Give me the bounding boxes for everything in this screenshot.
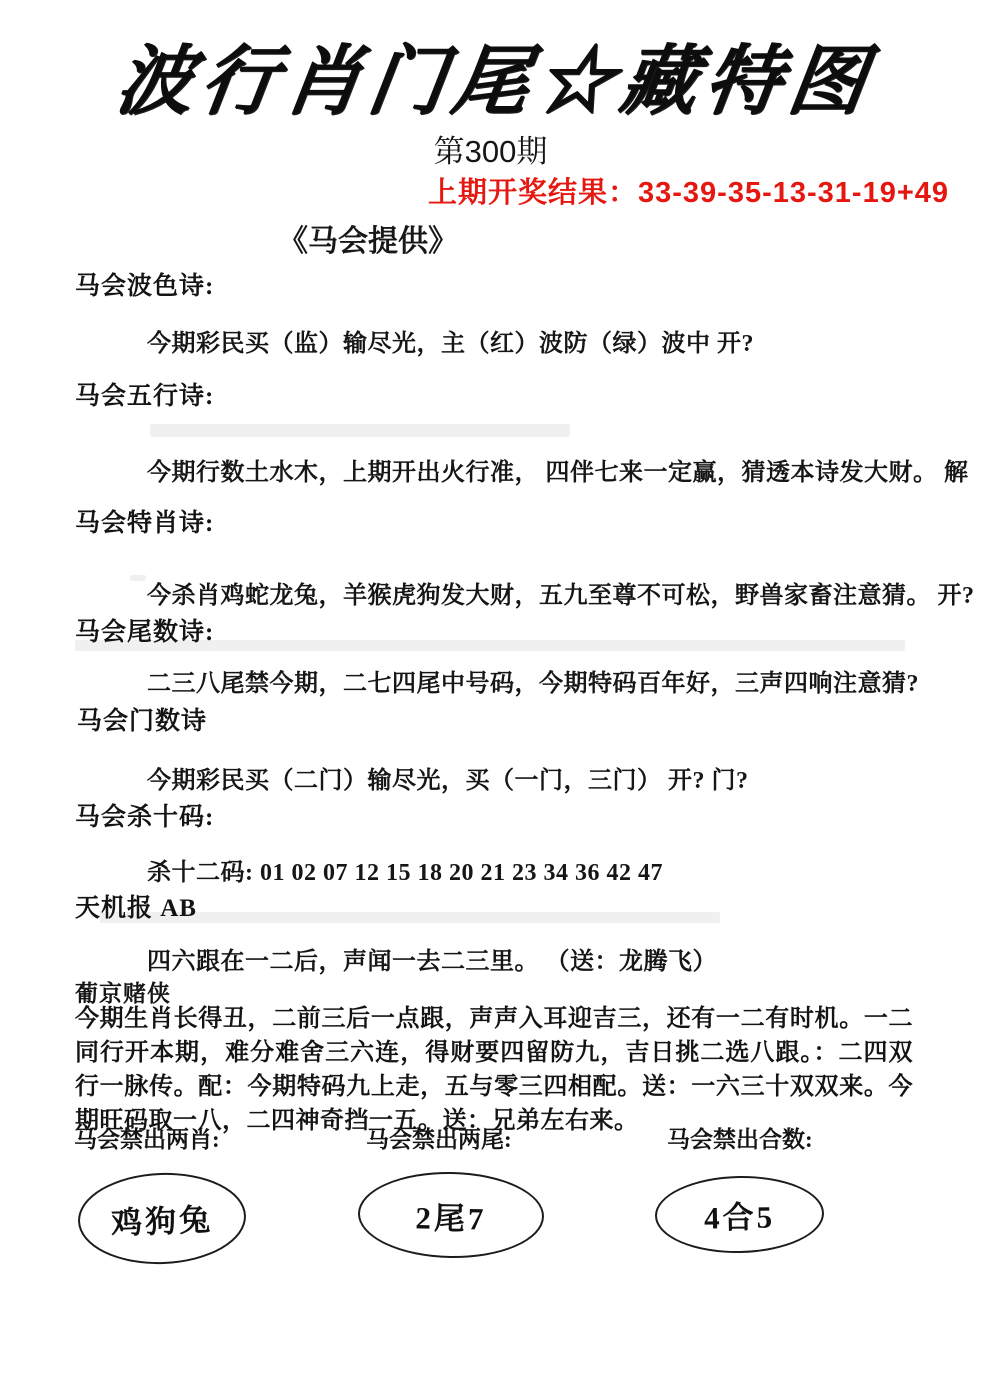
scan-artifact <box>130 575 146 581</box>
last-draw-result: 上期开奖结果：33-39-35-13-31-19+49 <box>428 170 949 211</box>
section-label-weishu: 马会尾数诗: <box>75 612 214 648</box>
section-label-texiao: 马会特肖诗: <box>75 503 214 539</box>
forbidden-sum-value: 4合5 <box>704 1191 776 1237</box>
section-label-shashima: 马会杀十码: <box>75 797 214 833</box>
scan-artifact <box>150 424 570 437</box>
forbidden-tail-oval: 2尾7 <box>357 1170 544 1259</box>
pujing-paragraph: 今期生肖长得丑，二前三后一点跟，声声入耳迎吉三，还有一二有时机。一二同行开本期，… <box>75 1002 913 1138</box>
forbidden-tail-value: 2尾7 <box>415 1192 487 1238</box>
verse-weishu: 二三八尾禁今期，二七四尾中号码，今期特码百年好，三声四响注意猜? <box>147 663 919 698</box>
verse-menshu: 今期彩民买（二门）输尽光，买（一门，三门） 开? 门? <box>147 760 749 795</box>
section-label-wuxing: 马会五行诗: <box>75 376 214 412</box>
verse-wuxing: 今期行数土水木，上期开出火行准， 四伴七来一定赢，猜透本诗发大财。 解（?） <box>147 452 981 487</box>
forbidden-zodiac-value: 鸡狗兔 <box>110 1194 214 1243</box>
verse-texiao: 今杀肖鸡蛇龙兔，羊猴虎狗发大财，五九至尊不可松，野兽家畜注意猜。 开? <box>147 575 975 610</box>
forbidden-zodiac-oval: 鸡狗兔 <box>76 1170 247 1267</box>
issue-number: 第300期 <box>0 126 981 171</box>
section-label-tianjibao: 天机报 AB <box>75 888 197 924</box>
verse-tianjibao: 四六跟在一二后，声闻一去二三里。 （送：龙腾飞） <box>147 941 717 976</box>
section-label-menshu: 马会门数诗 <box>77 701 207 737</box>
forbidden-zodiac-label: 马会禁出两肖: <box>74 1121 220 1154</box>
kill-numbers-line: 杀十二码: 01 02 07 12 15 18 20 21 23 34 36 4… <box>147 852 663 887</box>
tip-sheet-page: 波行肖门尾☆藏特图 第300期 上期开奖结果：33-39-35-13-31-19… <box>0 0 981 1388</box>
forbidden-sum-oval: 4合5 <box>654 1175 824 1255</box>
provider-line: 《马会提供》 <box>278 216 458 260</box>
verse-bose: 今期彩民买（监）输尽光，主（红）波防（绿）波中 开? <box>147 323 754 358</box>
forbidden-sum-label: 马会禁出合数: <box>667 1121 813 1154</box>
sheet-title: 波行肖门尾☆藏特图 <box>110 20 881 129</box>
section-label-bose: 马会波色诗: <box>75 266 214 302</box>
forbidden-tail-label: 马会禁出两尾: <box>366 1121 512 1154</box>
